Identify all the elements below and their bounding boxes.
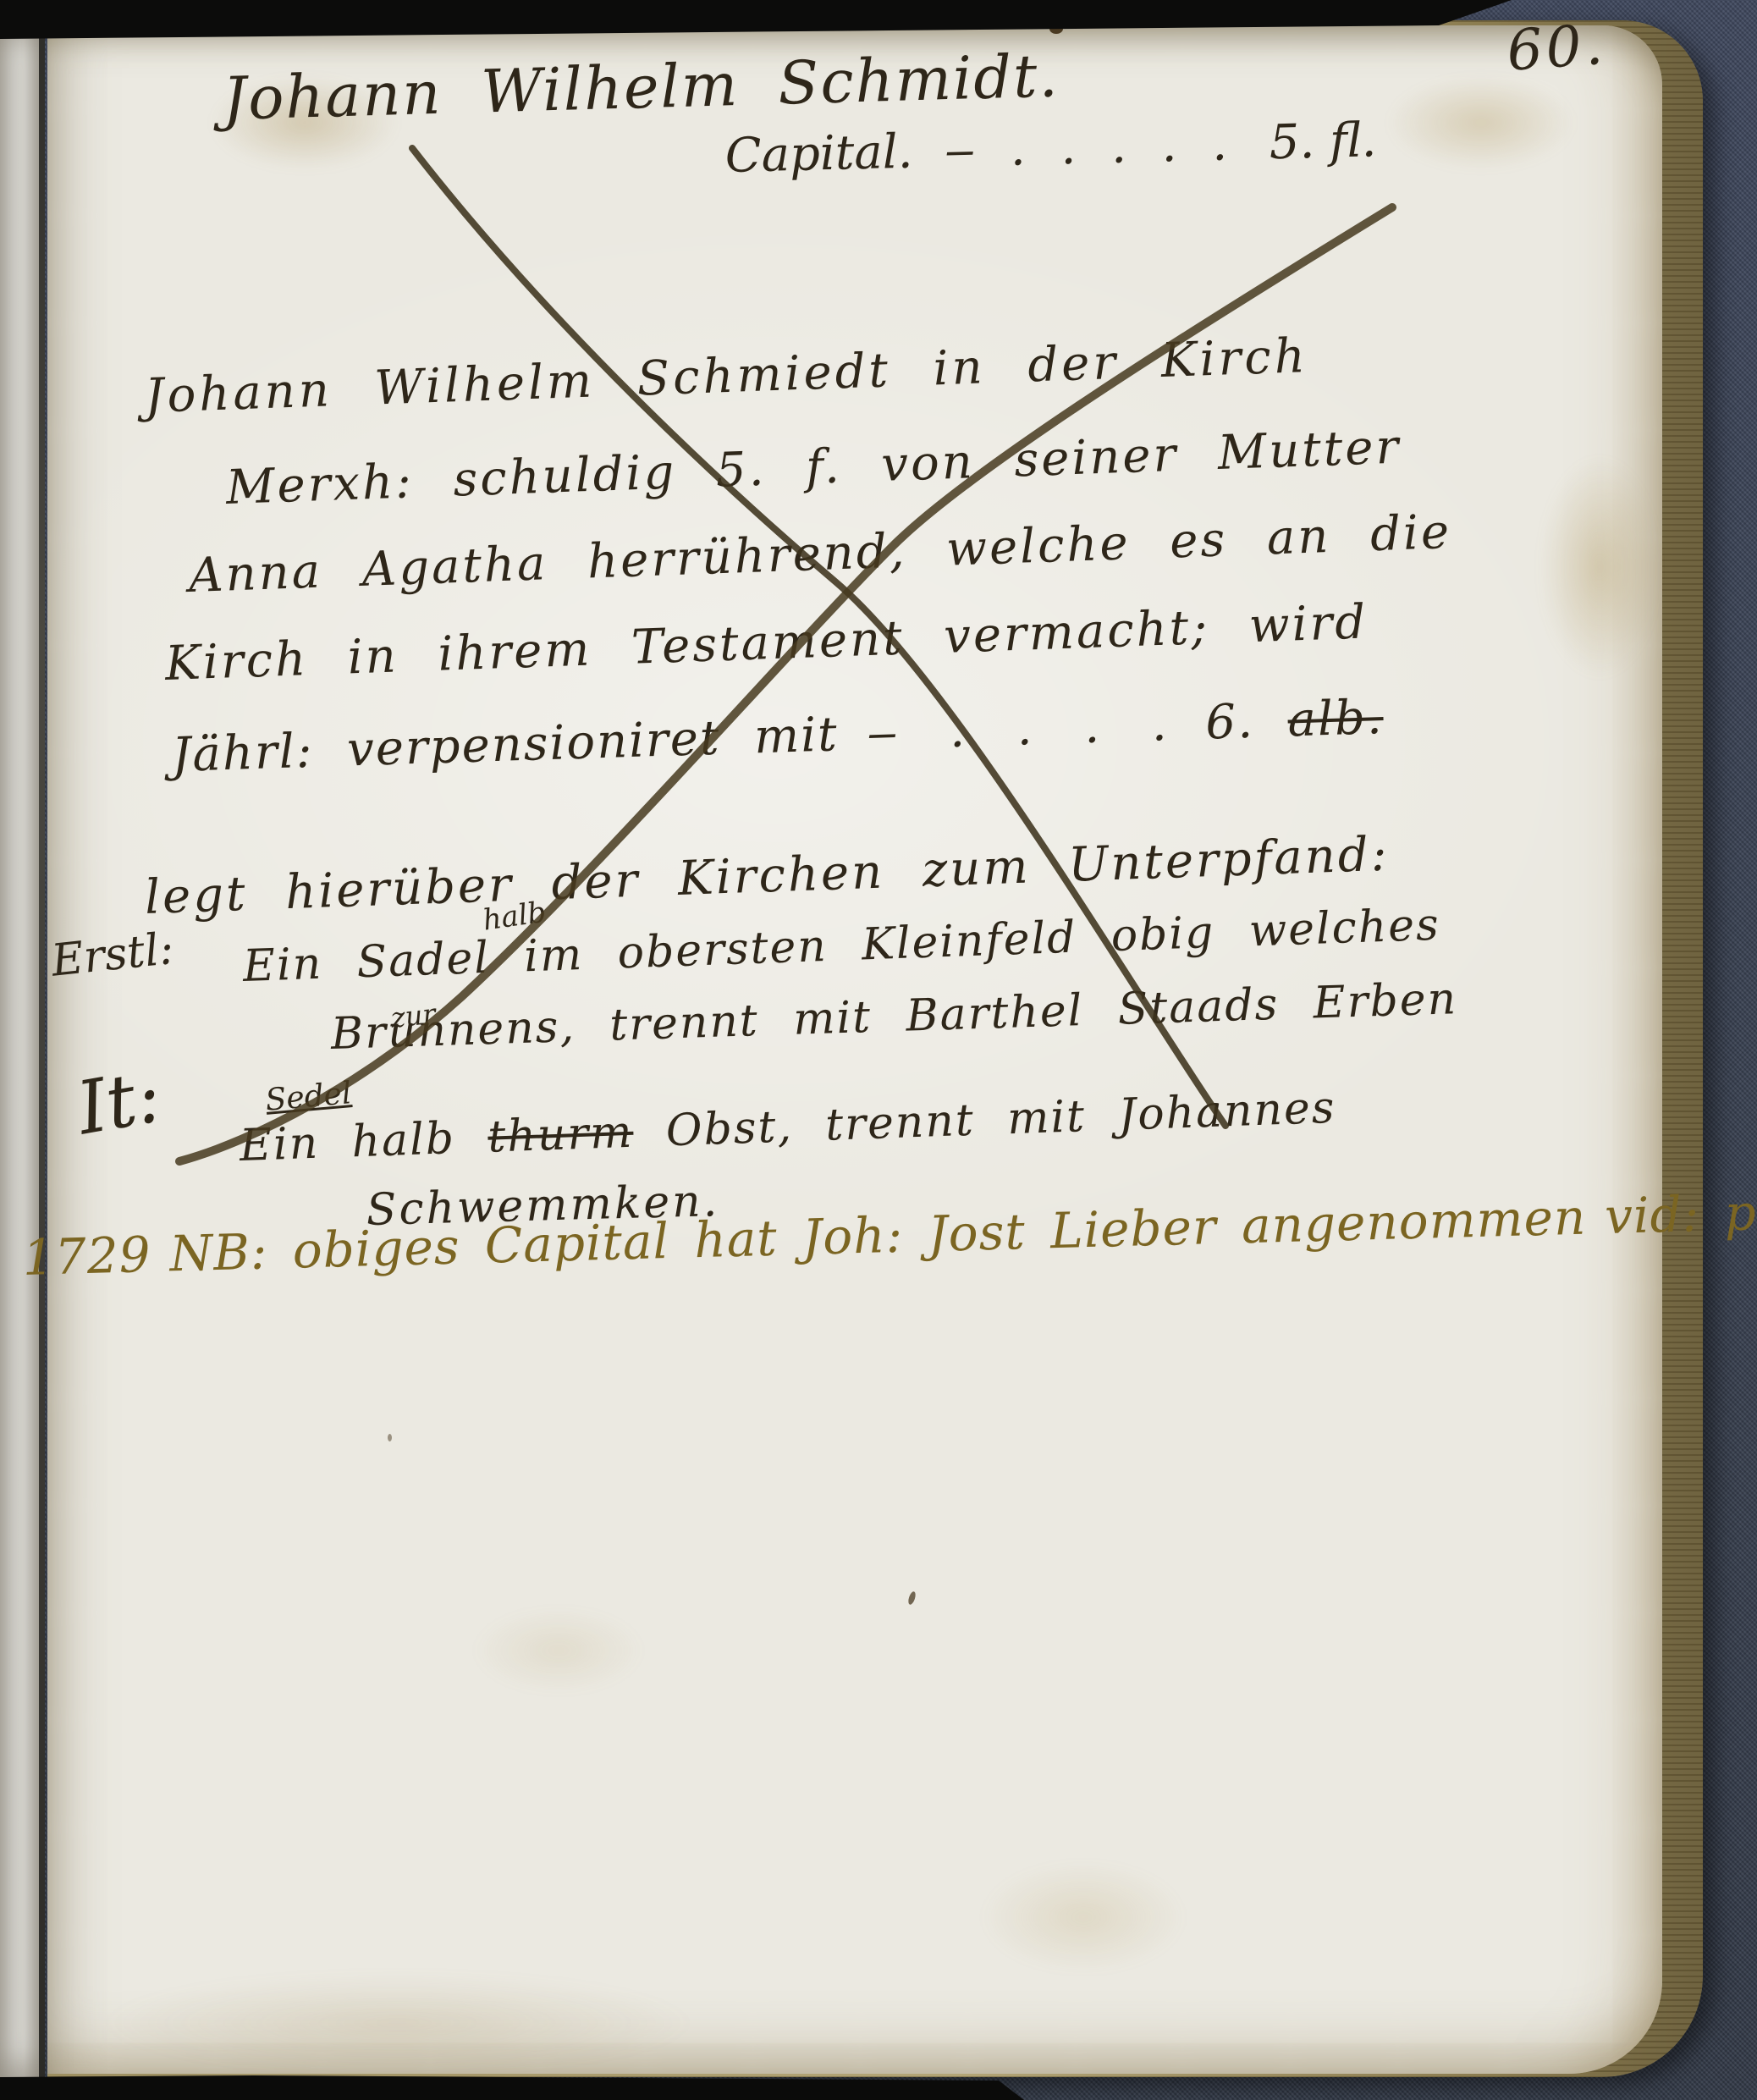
interest-amount-value: 6. [1204,694,1254,751]
annotation-reference: vid: pag: 155 [1604,1178,1757,1245]
pledge-margin-mark: It: [71,1054,167,1151]
interest-amount-unit: alb. [1287,690,1385,748]
interest-amount: 6. alb. [1204,690,1384,751]
capital-amount: 5. fl. [1269,113,1377,170]
facing-page-edge [0,22,40,2079]
foxing-stain [102,1972,694,2074]
manuscript-scan: { "document": { "page_number": "60.", "t… [0,0,1757,2100]
foxing-stain [1388,76,1574,169]
gutter-shadow-line [39,22,45,2079]
foxing-stain [1540,457,1659,677]
ink-fleck [388,1434,392,1441]
dot-leader: ‒ . . . . [867,697,1178,761]
page-number: 60. [1505,12,1608,84]
manuscript-page [47,25,1662,2074]
foxing-stain [474,1608,643,1693]
foxing-stain [982,1862,1185,1972]
dot-leader: ‒ . . . . . [945,116,1238,178]
pledge-line-text: Ein halb [239,1113,456,1171]
struck-word: thurm [487,1107,634,1163]
capital-label: Capital. [724,124,913,184]
annotation-year: 1729 [22,1226,151,1287]
